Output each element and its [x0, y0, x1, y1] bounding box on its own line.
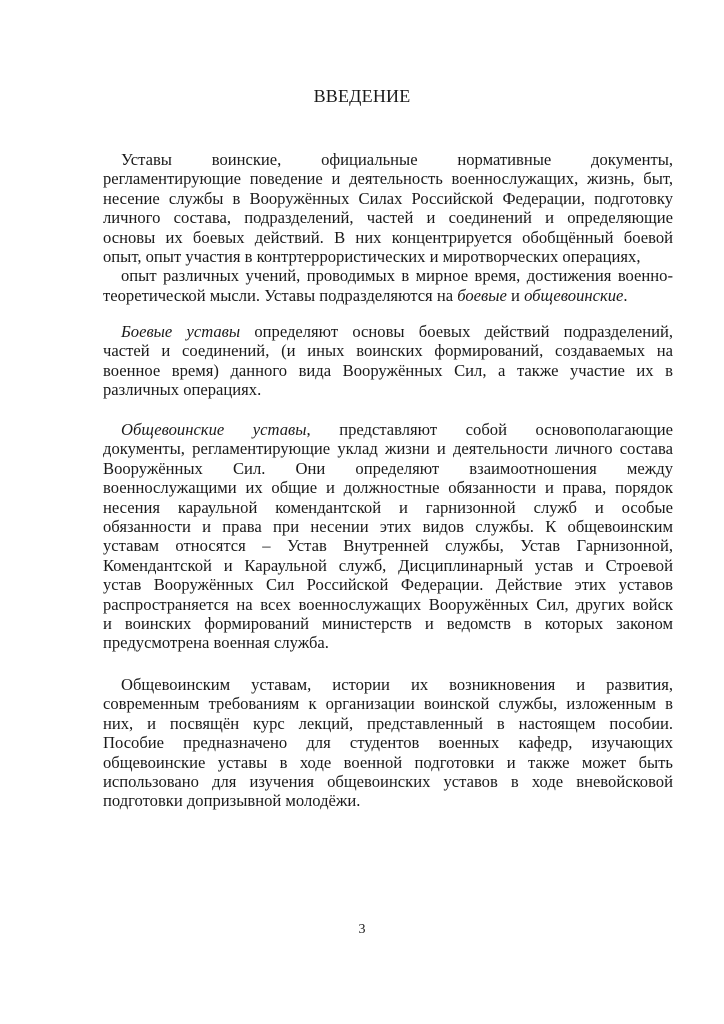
emphasis-general: общевоинские	[524, 286, 623, 305]
text-line: личного состава, подразделений, частей и…	[103, 208, 673, 227]
paragraph-intro: Уставы воинские, официальные нормативные…	[103, 150, 673, 305]
paragraph-combat-regulations: Боевые уставы определяют основы боевых д…	[103, 322, 673, 400]
text-line: Общевоинским уставам, истории их возникн…	[103, 675, 673, 694]
text-span: , представляют собой основополагающие	[306, 420, 673, 439]
text-span: .	[623, 286, 627, 305]
paragraph-general-regulations: Общевоинские уставы, представляют собой …	[103, 420, 673, 653]
text-span: и	[511, 286, 520, 305]
emphasis-term: Общевоинские уставы	[121, 420, 306, 439]
text-line: документы, регламентирующие уклад жизни …	[103, 439, 673, 458]
text-line: несения караульной комендантской и гарни…	[103, 498, 673, 517]
text-line: военное время) данного вида Вооружённых …	[103, 361, 673, 380]
text-line: военнослужащими их общие и должностные о…	[103, 478, 673, 497]
page-number: 3	[0, 922, 724, 938]
text-line: опыт различных учений, проводимых в мирн…	[103, 266, 673, 285]
text-line: основы их боевых действий. В них концент…	[103, 228, 673, 247]
text-line: общевоинские уставы в ходе военной подго…	[103, 753, 673, 772]
text-line: современным требованиям к организации во…	[103, 694, 673, 713]
text-line: обязанности и права при несении этих вид…	[103, 517, 673, 536]
text-line: уставам относятся – Устав Внутренней слу…	[103, 536, 673, 555]
text-line: устав Вооружённых Сил Российской Федерац…	[103, 575, 673, 594]
text-line: различных операциях.	[103, 380, 673, 399]
text-line: Уставы воинские, официальные нормативные…	[103, 150, 673, 169]
text-line: распространяется на всех военнослужащих …	[103, 595, 673, 614]
text-span: определяют основы боевых действий подраз…	[254, 322, 673, 341]
text-line: и воинских формирований министерств и ве…	[103, 614, 673, 633]
text-line: них, и посвящён курс лекций, представлен…	[103, 714, 673, 733]
emphasis-combat: боевые	[457, 286, 507, 305]
text-line: Общевоинские уставы, представляют собой …	[103, 420, 673, 439]
text-line: предусмотрена военная служба.	[103, 633, 673, 652]
text-line: Пособие предназначено для студентов воен…	[103, 733, 673, 752]
text-span: теоретической мысли. Уставы подразделяют…	[103, 286, 453, 305]
text-line: Вооружённых Сил. Они определяют взаимоот…	[103, 459, 673, 478]
text-line: Комендантской и Караульной служб, Дисцип…	[103, 556, 673, 575]
text-line: использовано для изучения общевоинских у…	[103, 772, 673, 791]
emphasis-term: Боевые уставы	[121, 322, 240, 341]
text-line: теоретической мысли. Уставы подразделяют…	[103, 286, 673, 305]
text-line: частей и соединений, (и иных воинских фо…	[103, 341, 673, 360]
page-title: ВВЕДЕНИЕ	[0, 86, 724, 107]
text-line: Боевые уставы определяют основы боевых д…	[103, 322, 673, 341]
paragraph-course-purpose: Общевоинским уставам, истории их возникн…	[103, 675, 673, 811]
text-line: опыт, опыт участия в контртеррористическ…	[103, 247, 673, 266]
text-line: подготовки допризывной молодёжи.	[103, 791, 673, 810]
text-line: несение службы в Вооружённых Силах Росси…	[103, 189, 673, 208]
text-line: регламентирующие поведение и деятельност…	[103, 169, 673, 188]
